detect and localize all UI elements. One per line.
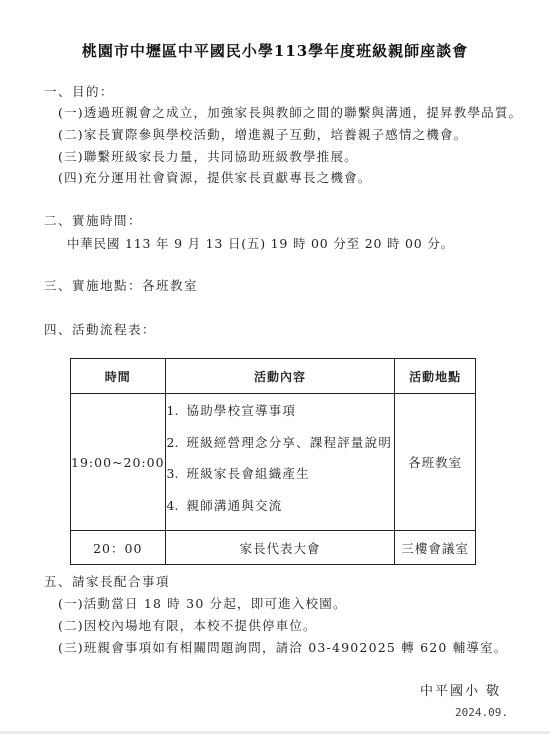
activity-item: 1.協助學校宣導事項 [166,400,395,432]
table-header-row: 時間 活動內容 活動地點 [71,359,476,394]
schedule-table: 時間 活動內容 活動地點 19:00~20:00 1.協助學校宣導事項 2.班級… [70,358,476,565]
row-activity: 家長代表大會 [165,531,395,565]
purpose-item-2: (二)家長實際參與學校活動，增進親子互動，培養親子感情之機會。 [58,125,467,143]
activity-item: 2.班級經營理念分享、課程評量說明 [166,432,395,464]
note-item-3: (三)班親會事項如有相關問題詢問，請洽 03-4902025 轉 620 輔導室… [58,638,508,656]
table-row: 19:00~20:00 1.協助學校宣導事項 2.班級經營理念分享、課程評量說明… [71,394,476,531]
row-time: 19:00~20:00 [71,394,166,531]
note-item-2: (二)因校內場地有限，本校不提供停車位。 [58,616,317,634]
document-date: 2024.09. [455,706,508,719]
activity-item: 3.班級家長會組織產生 [166,463,395,495]
purpose-item-4: (四)充分運用社會資源，提供家長貢獻專長之機會。 [58,168,372,186]
section-time-heading: 二、實施時間： [44,211,142,229]
note-item-1: (一)活動當日 18 時 30 分起，即可進入校園。 [58,594,347,612]
purpose-item-3: (三)聯繫班級家長力量，共同協助班級教學推展。 [58,147,358,165]
header-activity: 活動內容 [165,359,395,394]
document-page: 桃園市中壢區中平國民小學113學年度班級親師座談會 一、目的： (一)透過班親會… [0,0,550,724]
activity-item: 4.親師溝通與交流 [166,495,395,527]
row-location: 各班教室 [395,394,476,531]
signature: 中平國小 敬 [420,680,501,699]
section-purpose-heading: 一、目的： [44,82,114,100]
header-time: 時間 [71,359,166,394]
event-datetime: 中華民國 113 年 9 月 13 日(五) 19 時 00 分至 20 時 0… [67,234,454,252]
document-title: 桃園市中壢區中平國民小學113學年度班級親師座談會 [0,40,550,61]
section-location-heading: 三、實施地點：各班教室 [44,276,198,294]
table-row: 20：00 家長代表大會 三樓會議室 [71,531,476,565]
row-time: 20：00 [71,531,166,565]
purpose-item-1: (一)透過班親會之成立，加強家長與教師之間的聯繫與溝通，提昇教學品質。 [58,103,522,121]
row-activities: 1.協助學校宣導事項 2.班級經營理念分享、課程評量說明 3.班級家長會組織產生… [165,394,395,531]
header-location: 活動地點 [395,359,476,394]
row-location: 三樓會議室 [395,531,476,565]
section-notes-heading: 五、請家長配合事項 [44,572,170,590]
section-schedule-heading: 四、活動流程表： [44,320,156,338]
